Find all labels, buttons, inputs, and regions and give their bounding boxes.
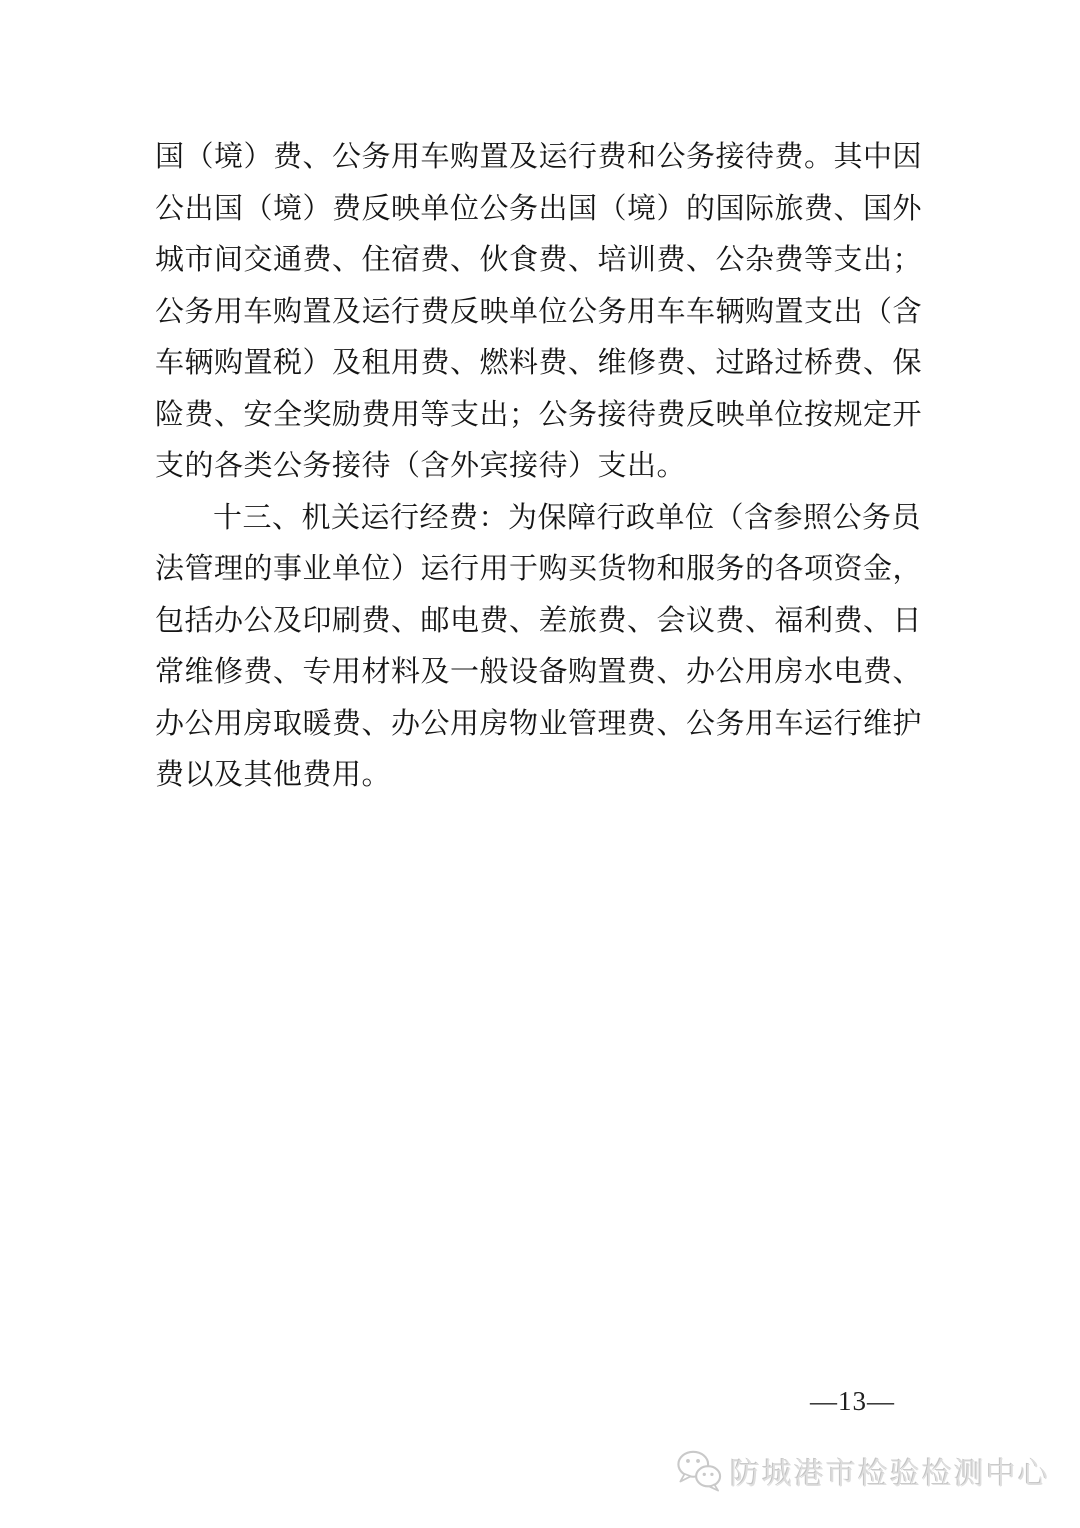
watermark: 防城港市检验检测中心 (676, 1448, 1050, 1494)
text-line: 法管理的事业单位）运行用于购买货物和服务的各项资金， (155, 544, 921, 596)
text-line: 国（境）费、公务用车购置及运行费和公务接待费。其中因 (155, 132, 921, 184)
watermark-label: 防城港市检验检测中心 (730, 1449, 1050, 1493)
text-line: 公务用车购置及运行费反映单位公务用车车辆购置支出（含 (155, 287, 921, 339)
text-line: 险费、安全奖励费用等支出；公务接待费反映单位按规定开 (155, 390, 921, 442)
text-line: 公出国（境）费反映单位公务出国（境）的国际旅费、国外 (155, 184, 921, 236)
text-line-paragraph-end: 费以及其他费用。 (155, 750, 921, 802)
text-line: 办公用房取暖费、办公用房物业管理费、公务用车运行维护 (155, 699, 921, 751)
text-line: 常维修费、专用材料及一般设备购置费、办公用房水电费、 (155, 647, 921, 699)
text-line: 城市间交通费、住宿费、伙食费、培训费、公杂费等支出； (155, 235, 921, 287)
text-line: 车辆购置税）及租用费、燃料费、维修费、过路过桥费、保 (155, 338, 921, 390)
wechat-icon (676, 1448, 722, 1494)
text-line: 包括办公及印刷费、邮电费、差旅费、会议费、福利费、日 (155, 596, 921, 648)
body-text: 国（境）费、公务用车购置及运行费和公务接待费。其中因 公出国（境）费反映单位公务… (155, 132, 921, 802)
document-page: 国（境）费、公务用车购置及运行费和公务接待费。其中因 公出国（境）费反映单位公务… (0, 0, 1080, 1528)
text-line-paragraph-end: 支的各类公务接待（含外宾接待）支出。 (155, 441, 921, 493)
page-number: —13— (780, 1386, 925, 1417)
text-line-paragraph-start: 十三、机关运行经费：为保障行政单位（含参照公务员 (155, 493, 921, 545)
